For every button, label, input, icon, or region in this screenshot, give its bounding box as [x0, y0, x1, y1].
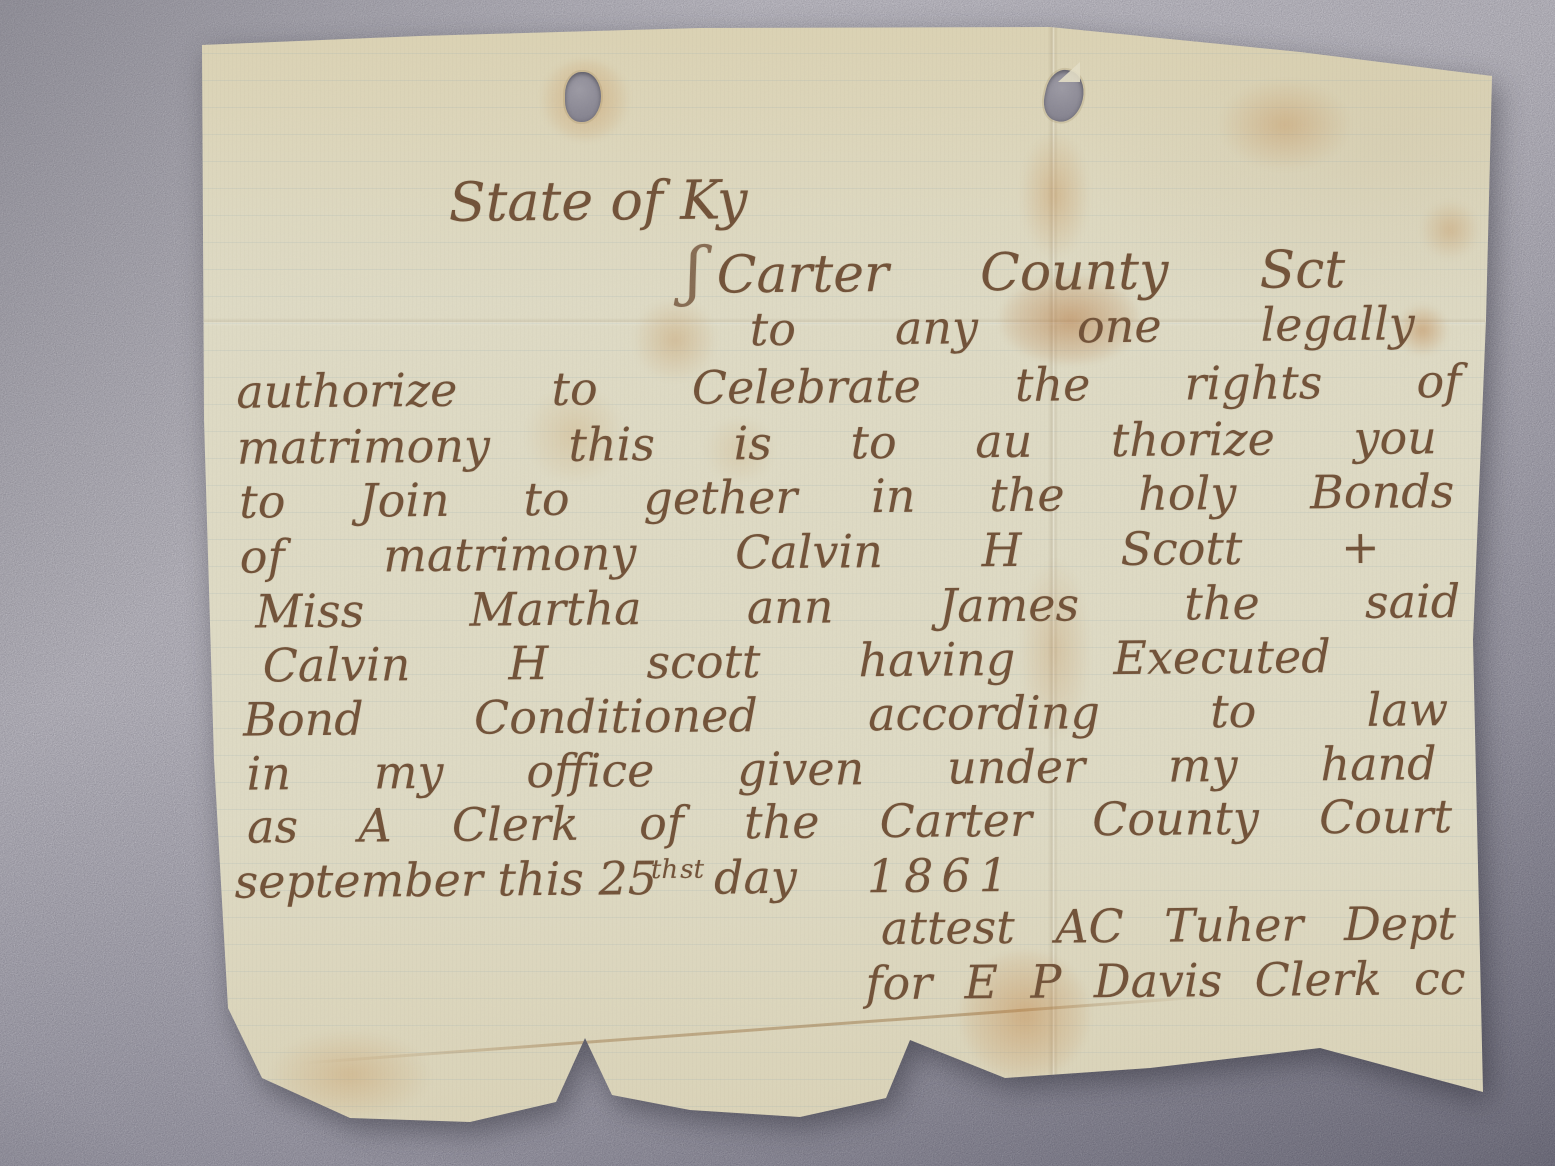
- date-line-pre: september this 25: [234, 851, 657, 909]
- heading-county-line: ʃCarter County Sct: [685, 229, 1346, 309]
- attest-label: attest: [881, 900, 1015, 955]
- date-line: september this 25thstday1861: [234, 848, 1016, 909]
- handwritten-line: of matrimony Calvin H Scott +: [240, 520, 1380, 584]
- handwritten-line: Calvin H scott having Executed: [262, 629, 1330, 692]
- flourish-mark: ʃ: [685, 235, 703, 309]
- handwriting-layer: State of Ky ʃCarter County Sct to any on…: [0, 0, 1555, 1166]
- heading-county-text: Carter County Sct: [716, 240, 1345, 305]
- attest-name: AC Tuher Dept: [1055, 896, 1456, 953]
- handwritten-line: authorize to Celebrate the rights of: [236, 354, 1461, 419]
- photo-of-document: State of Ky ʃCarter County Sct to any on…: [0, 0, 1555, 1166]
- date-line-day-word: day: [714, 850, 797, 905]
- heading-salutation-line: to any one legally: [750, 296, 1415, 356]
- date-line-year: 1861: [867, 848, 1017, 903]
- attest-signature-line: attest AC Tuher Dept: [881, 896, 1456, 955]
- date-superscript-st: st: [680, 854, 704, 884]
- handwritten-line: as A Clerk of the Carter County Court: [247, 789, 1452, 854]
- paper-shadow-wrap: State of Ky ʃCarter County Sct to any on…: [0, 0, 1555, 1166]
- handwritten-line: to Join to gether in the holy Bonds: [239, 464, 1454, 529]
- clerk-signature-line: for E P Davis Clerk cc: [865, 951, 1465, 1010]
- document-paper: State of Ky ʃCarter County Sct to any on…: [0, 0, 1555, 1166]
- date-superscript-th: th: [651, 855, 678, 885]
- heading-state-line: State of Ky: [448, 168, 747, 234]
